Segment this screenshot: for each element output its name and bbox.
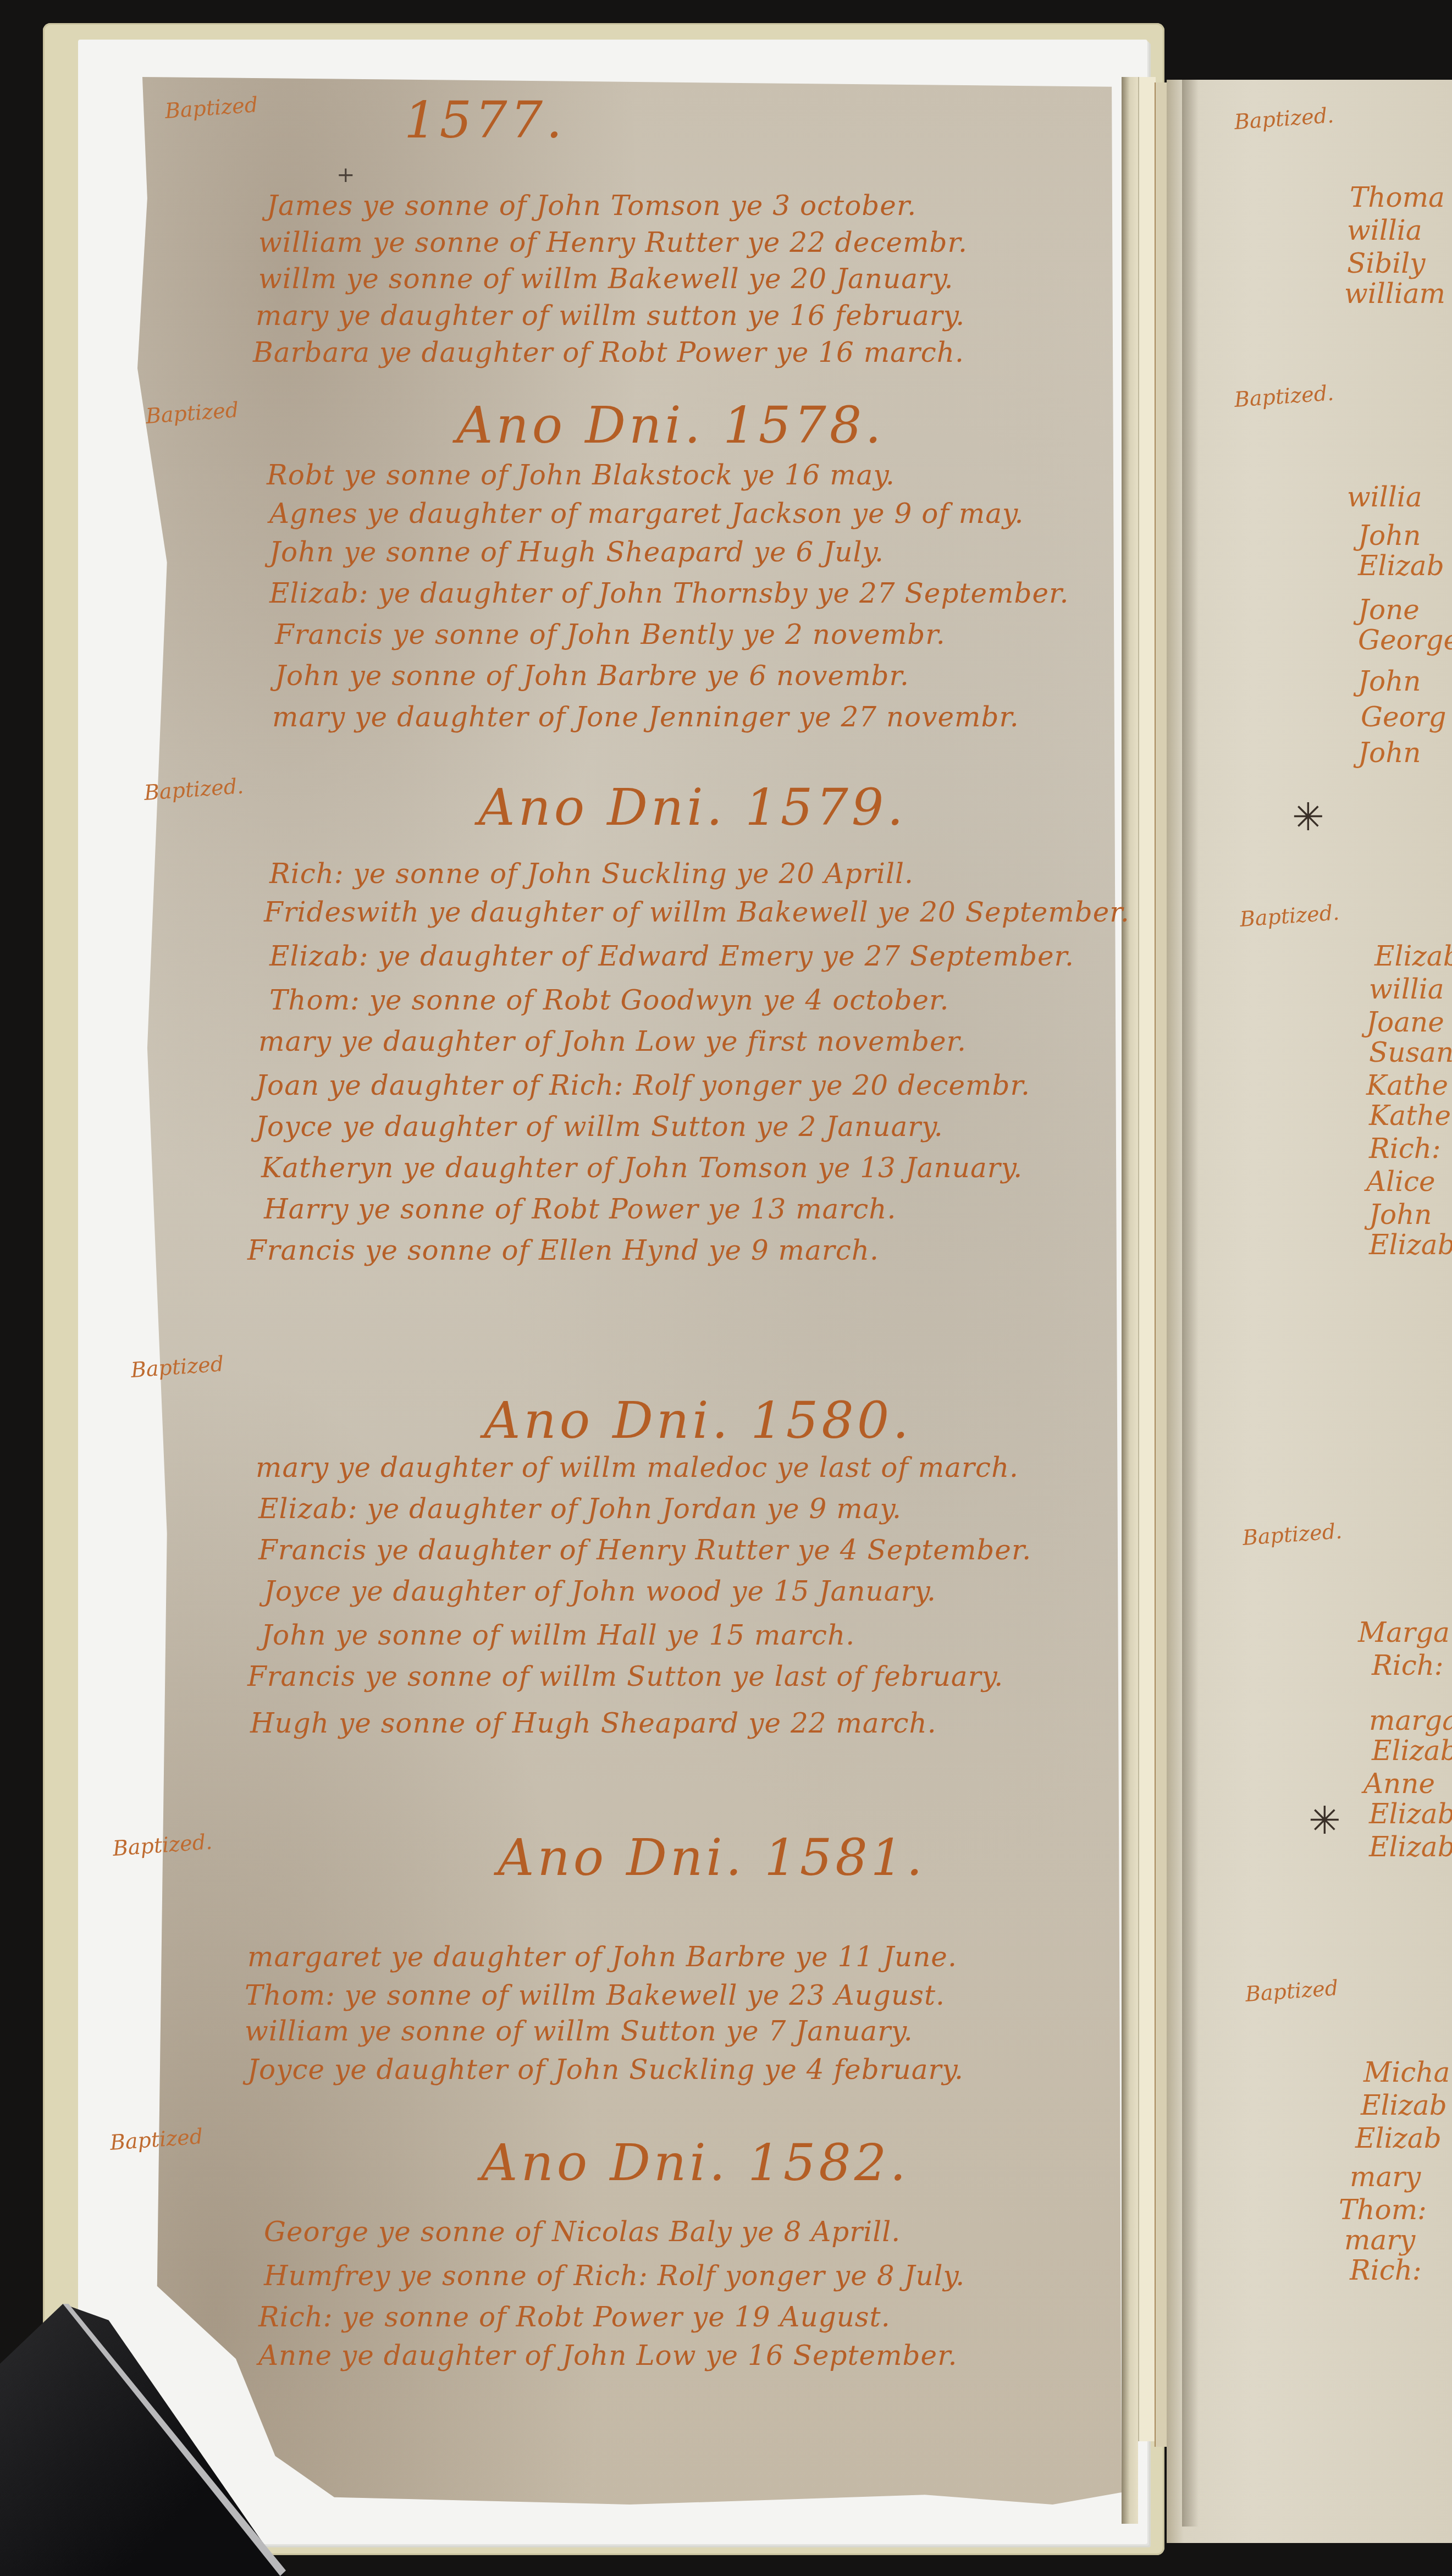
baptism-entry: Francis ye sonne of Ellen Hynd ye 9 marc… — [247, 1234, 879, 1266]
baptism-entry: mary ye daughter of Jone Jenninger ye 27… — [272, 701, 1019, 733]
baptism-entry: Humfrey ye sonne of Rich: Rolf yonger ye… — [264, 2260, 965, 2292]
year-heading-1582: Ano Dni. 1582. — [481, 2133, 909, 2192]
right-entry-fragment: Elizab — [1372, 1735, 1452, 1767]
right-entry-fragment: Elizab — [1374, 940, 1452, 972]
baptism-entry: James ye sonne of John Tomson ye 3 octob… — [267, 190, 917, 222]
baptism-entry: Rich: ye sonne of John Suckling ye 20 Ap… — [269, 858, 914, 890]
right-entry-fragment: Rich: — [1369, 1133, 1441, 1165]
right-entry-fragment: Micha — [1363, 2056, 1450, 2088]
baptism-entry: Elizab: ye daughter of John Thornsby ye … — [269, 577, 1069, 609]
right-entry-fragment: Anne — [1363, 1768, 1435, 1800]
right-leaf-gutter-shadow — [1182, 80, 1199, 2527]
spine-guard-strip — [1138, 77, 1156, 2441]
baptism-entry: Thom: ye sonne of willm Bakewell ye 23 A… — [245, 1979, 945, 2011]
baptism-entry: mary ye daughter of willm sutton ye 16 f… — [256, 300, 965, 332]
baptism-entry: Agnes ye daughter of margaret Jackson ye… — [269, 498, 1024, 529]
pencil-cross-mark: + — [336, 162, 355, 187]
right-entry-fragment: willia — [1369, 973, 1444, 1005]
baptism-entry: Rich: ye sonne of Robt Power ye 19 Augus… — [258, 2301, 891, 2333]
right-entry-fragment: John — [1358, 737, 1421, 769]
right-entry-fragment: Elizab — [1369, 1798, 1452, 1830]
baptism-entry: Francis ye sonne of John Bently ye 2 nov… — [275, 619, 946, 650]
baptism-entry: Elizab: ye daughter of Edward Emery ye 2… — [269, 940, 1074, 972]
right-entry-fragment: Susan — [1369, 1036, 1452, 1068]
baptism-entry: Katheryn ye daughter of John Tomson ye 1… — [261, 1152, 1023, 1184]
baptism-entry: Francis ye sonne of willm Sutton ye last… — [247, 1661, 1003, 1692]
spine-gutter-shadow — [1122, 77, 1138, 2524]
year-heading-1579: Ano Dni. 1579. — [478, 778, 907, 837]
right-entry-fragment: Sibily — [1347, 247, 1425, 279]
right-entry-fragment: Elizab — [1369, 1831, 1452, 1863]
right-entry-fragment: william — [1344, 278, 1445, 310]
baptism-entry: Anne ye daughter of John Low ye 16 Septe… — [258, 2340, 957, 2371]
baptism-entry: mary ye daughter of John Low ye first no… — [258, 1025, 967, 1057]
right-entry-fragment: Kathe — [1369, 1100, 1451, 1132]
star-mark-icon: ✳ — [1292, 795, 1324, 840]
baptism-entry: mary ye daughter of willm maledoc ye las… — [256, 1452, 1019, 1483]
right-entry-fragment: Elizab — [1358, 550, 1444, 582]
baptism-entry: Joyce ye daughter of willm Sutton ye 2 J… — [256, 1111, 943, 1143]
baptism-entry: John ye sonne of willm Hall ye 15 march. — [261, 1619, 855, 1651]
baptism-entry: Joyce ye daughter of John wood ye 15 Jan… — [264, 1575, 936, 1607]
year-heading-1580: Ano Dni. 1580. — [484, 1391, 912, 1450]
year-heading-1581: Ano Dni. 1581. — [498, 1828, 926, 1887]
baptism-entry: Harry ye sonne of Robt Power ye 13 march… — [264, 1193, 896, 1225]
right-entry-fragment: John — [1369, 1199, 1432, 1231]
right-entry-fragment: mary — [1344, 2224, 1415, 2256]
spine-guard-strip-inner — [1155, 82, 1168, 2447]
right-entry-fragment: Alice — [1366, 1166, 1436, 1198]
right-entry-fragment: Joane — [1366, 1006, 1444, 1038]
year-heading-1577: 1577. — [404, 91, 565, 150]
baptism-entry: william ye sonne of Henry Rutter ye 22 d… — [258, 227, 968, 258]
right-entry-fragment: Kathe — [1366, 1069, 1448, 1101]
baptism-entry: Thom: ye sonne of Robt Goodwyn ye 4 octo… — [269, 984, 949, 1016]
right-entry-fragment: Rich: — [1372, 1650, 1444, 1681]
baptism-entry: Hugh ye sonne of Hugh Sheapard ye 22 mar… — [250, 1707, 937, 1739]
right-entry-fragment: Rich: — [1350, 2254, 1422, 2286]
right-entry-fragment: John — [1358, 520, 1421, 551]
baptism-entry: John ye sonne of Hugh Sheapard ye 6 July… — [269, 536, 884, 568]
year-heading-1578: Ano Dni. 1578. — [456, 396, 885, 455]
right-entry-fragment: Georg — [1361, 701, 1447, 733]
baptism-entry: Joyce ye daughter of John Suckling ye 4 … — [247, 2054, 964, 2086]
baptism-entry: Frideswith ye daughter of willm Bakewell… — [264, 896, 1130, 928]
baptism-entry: Joan ye daughter of Rich: Rolf yonger ye… — [256, 1069, 1030, 1101]
right-entry-fragment: John — [1358, 665, 1421, 697]
baptism-entry: william ye sonne of willm Sutton ye 7 Ja… — [245, 2015, 913, 2047]
baptism-entry: willm ye sonne of willm Bakewell ye 20 J… — [258, 263, 953, 295]
baptism-entry: Elizab: ye daughter of John Jordan ye 9 … — [258, 1493, 902, 1525]
right-entry-fragment: Elizab — [1361, 2089, 1447, 2121]
baptism-entry: Barbara ye daughter of Robt Power ye 16 … — [253, 337, 964, 368]
right-entry-fragment: willia — [1347, 481, 1422, 513]
right-entry-fragment: George — [1358, 624, 1452, 656]
baptism-entry: John ye sonne of John Barbre ye 6 novemb… — [275, 660, 909, 692]
right-entry-fragment: Elizab — [1355, 2122, 1442, 2154]
right-entry-fragment: Elizab — [1369, 1229, 1452, 1261]
baptism-entry: Robt ye sonne of John Blakstock ye 16 ma… — [267, 459, 895, 491]
right-entry-fragment: willia — [1347, 214, 1422, 246]
star-mark-icon: ✳ — [1309, 1798, 1341, 1843]
right-entry-fragment: Jone — [1358, 594, 1420, 626]
right-entry-fragment: Thoma — [1350, 181, 1445, 213]
baptism-entry: George ye sonne of Nicolas Baly ye 8 Apr… — [264, 2216, 901, 2248]
baptism-entry: Francis ye daughter of Henry Rutter ye 4… — [258, 1534, 1031, 1566]
right-entry-fragment: mary — [1350, 2161, 1421, 2193]
right-entry-fragment: Marga — [1358, 1617, 1450, 1648]
right-entry-fragment: marga — [1369, 1705, 1452, 1736]
baptism-entry: margaret ye daughter of John Barbre ye 1… — [247, 1941, 957, 1973]
right-entry-fragment: Thom: — [1339, 2194, 1427, 2226]
